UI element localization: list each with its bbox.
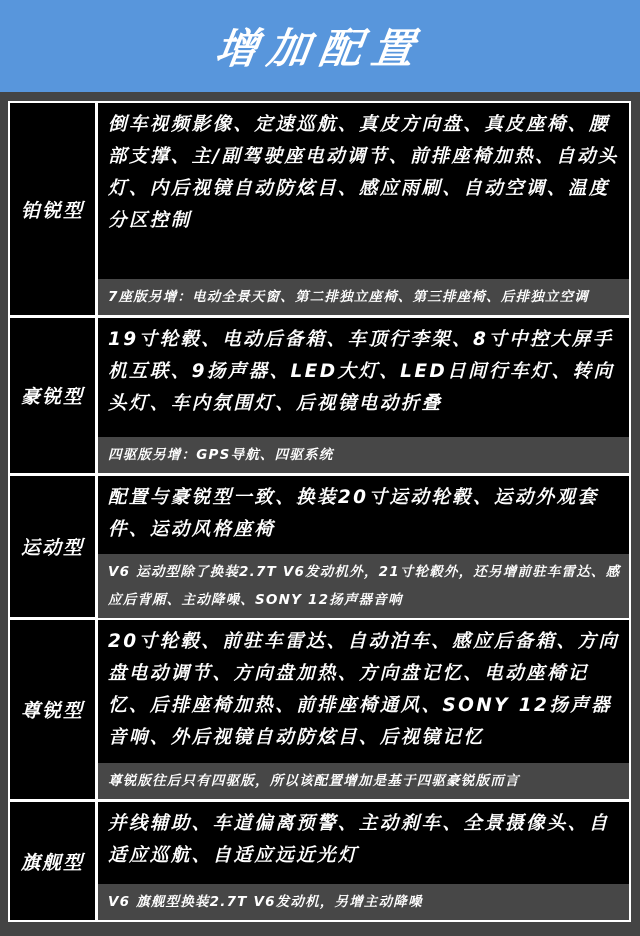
trim-features: 配置与豪锐型一致、换装20寸运动轮毂、运动外观套件、运动风格座椅 bbox=[98, 476, 629, 554]
trim-label-cell: 尊锐型 bbox=[10, 620, 95, 799]
trim-label: 尊锐型 bbox=[21, 696, 84, 723]
trim-label-cell: 旗舰型 bbox=[10, 802, 95, 920]
trim-label-cell: 铂锐型 bbox=[10, 103, 95, 315]
trim-note: V6 运动型除了换装2.7T V6发动机外，21寸轮毂外，还另增前驻车雷达、感应… bbox=[98, 554, 629, 618]
trim-content-cell: 配置与豪锐型一致、换装20寸运动轮毂、运动外观套件、运动风格座椅 V6 运动型除… bbox=[98, 476, 629, 617]
trim-note: 尊锐版往后只有四驱版，所以该配置增加是基于四驱豪锐版而言 bbox=[98, 763, 629, 799]
trim-label-cell: 运动型 bbox=[10, 476, 95, 617]
table-row-luxury: 豪锐型 19寸轮毂、电动后备箱、车顶行李架、8寸中控大屏手机互联、9扬声器、LE… bbox=[10, 318, 629, 473]
trim-note: 7座版另增：电动全景天窗、第二排独立座椅、第三排座椅、后排独立空调 bbox=[98, 279, 629, 315]
trim-features: 倒车视频影像、定速巡航、真皮方向盘、真皮座椅、腰部支撑、主/副驾驶座电动调节、前… bbox=[98, 103, 629, 279]
trim-label: 铂锐型 bbox=[21, 196, 84, 223]
trim-label: 旗舰型 bbox=[21, 848, 84, 875]
trim-content-cell: 并线辅助、车道偏离预警、主动刹车、全景摄像头、自适应巡航、自适应远近光灯 V6 … bbox=[98, 802, 629, 920]
table-row-premium: 尊锐型 20寸轮毂、前驻车雷达、自动泊车、感应后备箱、方向盘电动调节、方向盘加热… bbox=[10, 620, 629, 799]
trim-features: 19寸轮毂、电动后备箱、车顶行李架、8寸中控大屏手机互联、9扬声器、LED大灯、… bbox=[98, 318, 629, 437]
trim-content-cell: 19寸轮毂、电动后备箱、车顶行李架、8寸中控大屏手机互联、9扬声器、LED大灯、… bbox=[98, 318, 629, 473]
page-header: 增加配置 bbox=[0, 0, 640, 92]
table-row-platinum: 铂锐型 倒车视频影像、定速巡航、真皮方向盘、真皮座椅、腰部支撑、主/副驾驶座电动… bbox=[10, 103, 629, 315]
trim-label: 运动型 bbox=[21, 533, 84, 560]
config-table: 铂锐型 倒车视频影像、定速巡航、真皮方向盘、真皮座椅、腰部支撑、主/副驾驶座电动… bbox=[8, 101, 631, 922]
page-title: 增加配置 bbox=[212, 16, 428, 76]
table-row-sport: 运动型 配置与豪锐型一致、换装20寸运动轮毂、运动外观套件、运动风格座椅 V6 … bbox=[10, 476, 629, 617]
trim-features: 20寸轮毂、前驻车雷达、自动泊车、感应后备箱、方向盘电动调节、方向盘加热、方向盘… bbox=[98, 620, 629, 763]
trim-note: V6 旗舰型换装2.7T V6发动机，另增主动降噪 bbox=[98, 884, 629, 920]
trim-features: 并线辅助、车道偏离预警、主动刹车、全景摄像头、自适应巡航、自适应远近光灯 bbox=[98, 802, 629, 884]
trim-content-cell: 20寸轮毂、前驻车雷达、自动泊车、感应后备箱、方向盘电动调节、方向盘加热、方向盘… bbox=[98, 620, 629, 799]
table-row-flagship: 旗舰型 并线辅助、车道偏离预警、主动刹车、全景摄像头、自适应巡航、自适应远近光灯… bbox=[10, 802, 629, 920]
trim-label: 豪锐型 bbox=[21, 382, 84, 409]
trim-content-cell: 倒车视频影像、定速巡航、真皮方向盘、真皮座椅、腰部支撑、主/副驾驶座电动调节、前… bbox=[98, 103, 629, 315]
trim-label-cell: 豪锐型 bbox=[10, 318, 95, 473]
trim-note: 四驱版另增：GPS导航、四驱系统 bbox=[98, 437, 629, 473]
